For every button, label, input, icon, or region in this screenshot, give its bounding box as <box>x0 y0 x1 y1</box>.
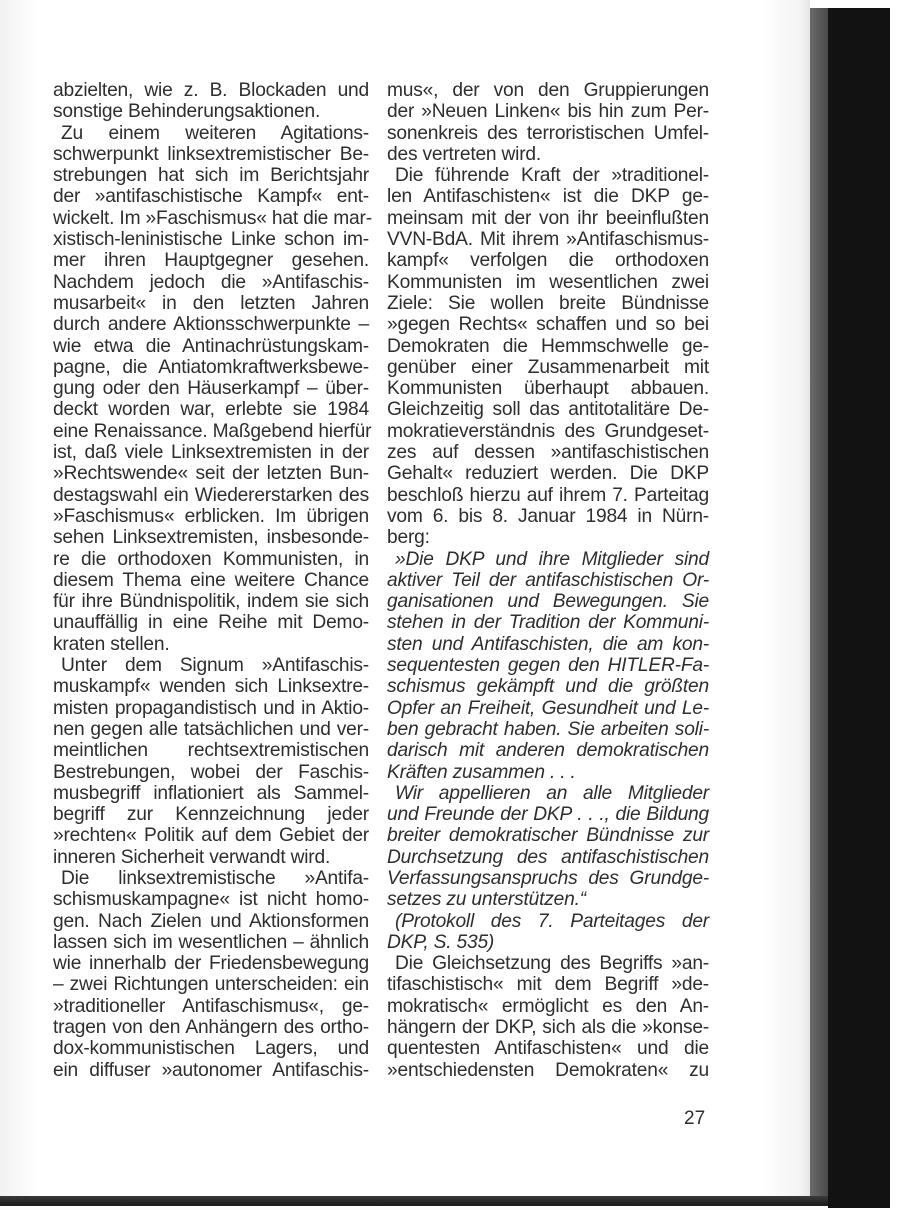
text-line: Zu einem weiteren Agitations- <box>53 123 369 144</box>
text-line: quentesten Antifaschisten« und die <box>387 1038 709 1059</box>
text-line: zes auf dessen »antifaschistischen <box>387 442 709 463</box>
text-line: sten und Antifaschisten, die am kon- <box>387 634 709 655</box>
text-line: Die führende Kraft der »traditionel- <box>387 165 709 186</box>
left-text-column: abzielten, wie z. B. Blockaden undsonsti… <box>53 80 369 1081</box>
text-line: Die linksextremistische »Antifa- <box>53 868 369 889</box>
text-line: mer ihren Hauptgegner gesehen. <box>53 250 369 271</box>
text-line: mus«, der von den Gruppierungen <box>387 80 709 101</box>
text-line: setzes zu unterstützen.“ <box>387 889 709 910</box>
text-line: len Antifaschisten« ist die DKP ge- <box>387 186 709 207</box>
page-number: 27 <box>684 1108 705 1130</box>
text-line: vom 6. bis 8. Januar 1984 in Nürn- <box>387 506 709 527</box>
text-line: VVN-BdA. Mit ihrem »Antifaschismus- <box>387 229 709 250</box>
text-line: wickelt. Im »Faschismus« hat die mar- <box>53 208 369 229</box>
text-line: sequentesten gegen den HITLER-Fa- <box>387 655 709 676</box>
text-line: tragen von den Anhängern des ortho- <box>53 1017 369 1038</box>
text-line: breiter demokratischer Bündnisse zur <box>387 825 709 846</box>
text-line: wie innerhalb der Friedensbewegung <box>53 953 369 974</box>
text-line: Bestrebungen, wobei der Faschis- <box>53 762 369 783</box>
text-line: musbegriff inflationiert als Sammel- <box>53 783 369 804</box>
text-line: DKP, S. 535) <box>387 932 709 953</box>
text-line: Die Gleichsetzung des Begriffs »an- <box>387 953 709 974</box>
text-line: Durchsetzung des antifaschistischen <box>387 847 709 868</box>
text-line: beschloß hierzu auf ihrem 7. Parteitag <box>387 485 709 506</box>
text-line: meinsam mit der von ihr beeinflußten <box>387 208 709 229</box>
text-line: sonstige Behinderungsaktionen. <box>53 101 369 122</box>
text-line: pagne, die Antiatomkraftwerksbewe- <box>53 357 369 378</box>
text-line: gen. Nach Zielen und Aktionsformen <box>53 911 369 932</box>
text-line: schwerpunkt linksextremistischer Be- <box>53 144 369 165</box>
text-line: und Freunde der DKP . . ., die Bildung <box>387 804 709 825</box>
text-line: genüber einer Zusammenarbeit mit <box>387 357 709 378</box>
text-line: wie etwa die Antinachrüstungskam- <box>53 336 369 357</box>
page-edge-shadow <box>810 8 828 1203</box>
text-line: Kommunisten im wesentlichen zwei <box>387 272 709 293</box>
text-line: Unter dem Signum »Antifaschis- <box>53 655 369 676</box>
text-line: kampf« verfolgen die orthodoxen <box>387 250 709 271</box>
text-line: stehen in der Tradition der Kommuni- <box>387 612 709 633</box>
text-line: »traditioneller Antifaschismus«, ge- <box>53 996 369 1017</box>
page-bottom-edge <box>0 1196 828 1206</box>
book-binding <box>828 8 890 1208</box>
text-line: durch andere Aktionsschwerpunkte – <box>53 314 369 335</box>
right-text-column: mus«, der von den Gruppierungender »Neue… <box>387 80 709 1081</box>
text-line: ist, daß viele Linksextremisten in der <box>53 442 369 463</box>
text-line: mokratieverständnis des Grundgeset- <box>387 421 709 442</box>
text-line: Demokraten die Hemmschwelle ge- <box>387 336 709 357</box>
text-line: »Rechtswende« seit der letzten Bun- <box>53 463 369 484</box>
text-line: sehen Linksextremisten, insbesonde- <box>53 527 369 548</box>
text-line: Kräften zusammen . . . <box>387 762 709 783</box>
text-line: »entschiedensten Demokraten« zu <box>387 1060 709 1081</box>
text-line: misten propagandistisch und in Aktio- <box>53 698 369 719</box>
text-line: inneren Sicherheit verwandt wird. <box>53 847 369 868</box>
text-line: deckt worden war, erlebte sie 1984 <box>53 399 369 420</box>
text-line: mokratisch« ermöglicht es den An- <box>387 996 709 1017</box>
text-line: der »antifaschistische Kampf« ent- <box>53 186 369 207</box>
text-line: destagswahl ein Wiedererstarken des <box>53 485 369 506</box>
text-line: gung oder den Häuserkampf – über- <box>53 378 369 399</box>
text-line: xistisch-leninistische Linke schon im- <box>53 229 369 250</box>
text-line: Kommunisten überhaupt abbauen. <box>387 378 709 399</box>
text-line: re die orthodoxen Kommunisten, in <box>53 549 369 570</box>
text-line: musarbeit« in den letzten Jahren <box>53 293 369 314</box>
text-line: aktiver Teil der antifaschistischen Or- <box>387 570 709 591</box>
text-line: ganisationen und Bewegungen. Sie <box>387 591 709 612</box>
text-line: Ziele: Sie wollen breite Bündnisse <box>387 293 709 314</box>
text-line: sonenkreis des terroristischen Umfel- <box>387 123 709 144</box>
text-line: dox-kommunistischen Lagers, und <box>53 1038 369 1059</box>
text-line: »gegen Rechts« schaffen und so bei <box>387 314 709 335</box>
text-line: schismuskampagne« ist nicht homo- <box>53 889 369 910</box>
text-line: eine Renaissance. Maßgebend hierfür <box>53 421 369 442</box>
text-line: »Die DKP und ihre Mitglieder sind <box>387 549 709 570</box>
text-line: Gleichzeitig soll das antitotalitäre De- <box>387 399 709 420</box>
text-line: Verfassungsanspruchs des Grundge- <box>387 868 709 889</box>
text-line: muskampf« wenden sich Linksextre- <box>53 676 369 697</box>
text-line: (Protokoll des 7. Parteitages der <box>387 911 709 932</box>
text-line: hängern der DKP, sich als die »konse- <box>387 1017 709 1038</box>
text-line: der »Neuen Linken« bis hin zum Per- <box>387 101 709 122</box>
text-line: begriff zur Kennzeichnung jeder <box>53 804 369 825</box>
text-line: Opfer an Freiheit, Gesundheit und Le- <box>387 698 709 719</box>
text-line: abzielten, wie z. B. Blockaden und <box>53 80 369 101</box>
text-line: diesem Thema eine weitere Chance <box>53 570 369 591</box>
text-line: Wir appellieren an alle Mitglieder <box>387 783 709 804</box>
text-line: tifaschistisch« mit dem Begriff »de- <box>387 974 709 995</box>
text-line: strebungen hat sich im Berichtsjahr <box>53 165 369 186</box>
text-line: berg: <box>387 527 709 548</box>
text-line: kraten stellen. <box>53 634 369 655</box>
text-line: darisch mit anderen demokratischen <box>387 740 709 761</box>
text-line: »Faschismus« erblicken. Im übrigen <box>53 506 369 527</box>
text-line: für ihre Bündnispolitik, indem sie sich <box>53 591 369 612</box>
text-line: ben gebracht haben. Sie arbeiten soli- <box>387 719 709 740</box>
text-line: nen gegen alle tatsächlichen und ver- <box>53 719 369 740</box>
text-line: »rechten« Politik auf dem Gebiet der <box>53 825 369 846</box>
text-line: schismus gekämpft und die größten <box>387 676 709 697</box>
text-line: lassen sich im wesentlichen – ähnlich <box>53 932 369 953</box>
text-line: des vertreten wird. <box>387 144 709 165</box>
text-line: ein diffuser »autonomer Antifaschis- <box>53 1060 369 1081</box>
text-line: meintlichen rechtsextremistischen <box>53 740 369 761</box>
text-line: Gehalt« reduziert werden. Die DKP <box>387 463 709 484</box>
text-line: – zwei Richtungen unterscheiden: ein <box>53 974 369 995</box>
text-line: unauffällig in eine Reihe mit Demo- <box>53 612 369 633</box>
text-line: Nachdem jedoch die »Antifaschis- <box>53 272 369 293</box>
